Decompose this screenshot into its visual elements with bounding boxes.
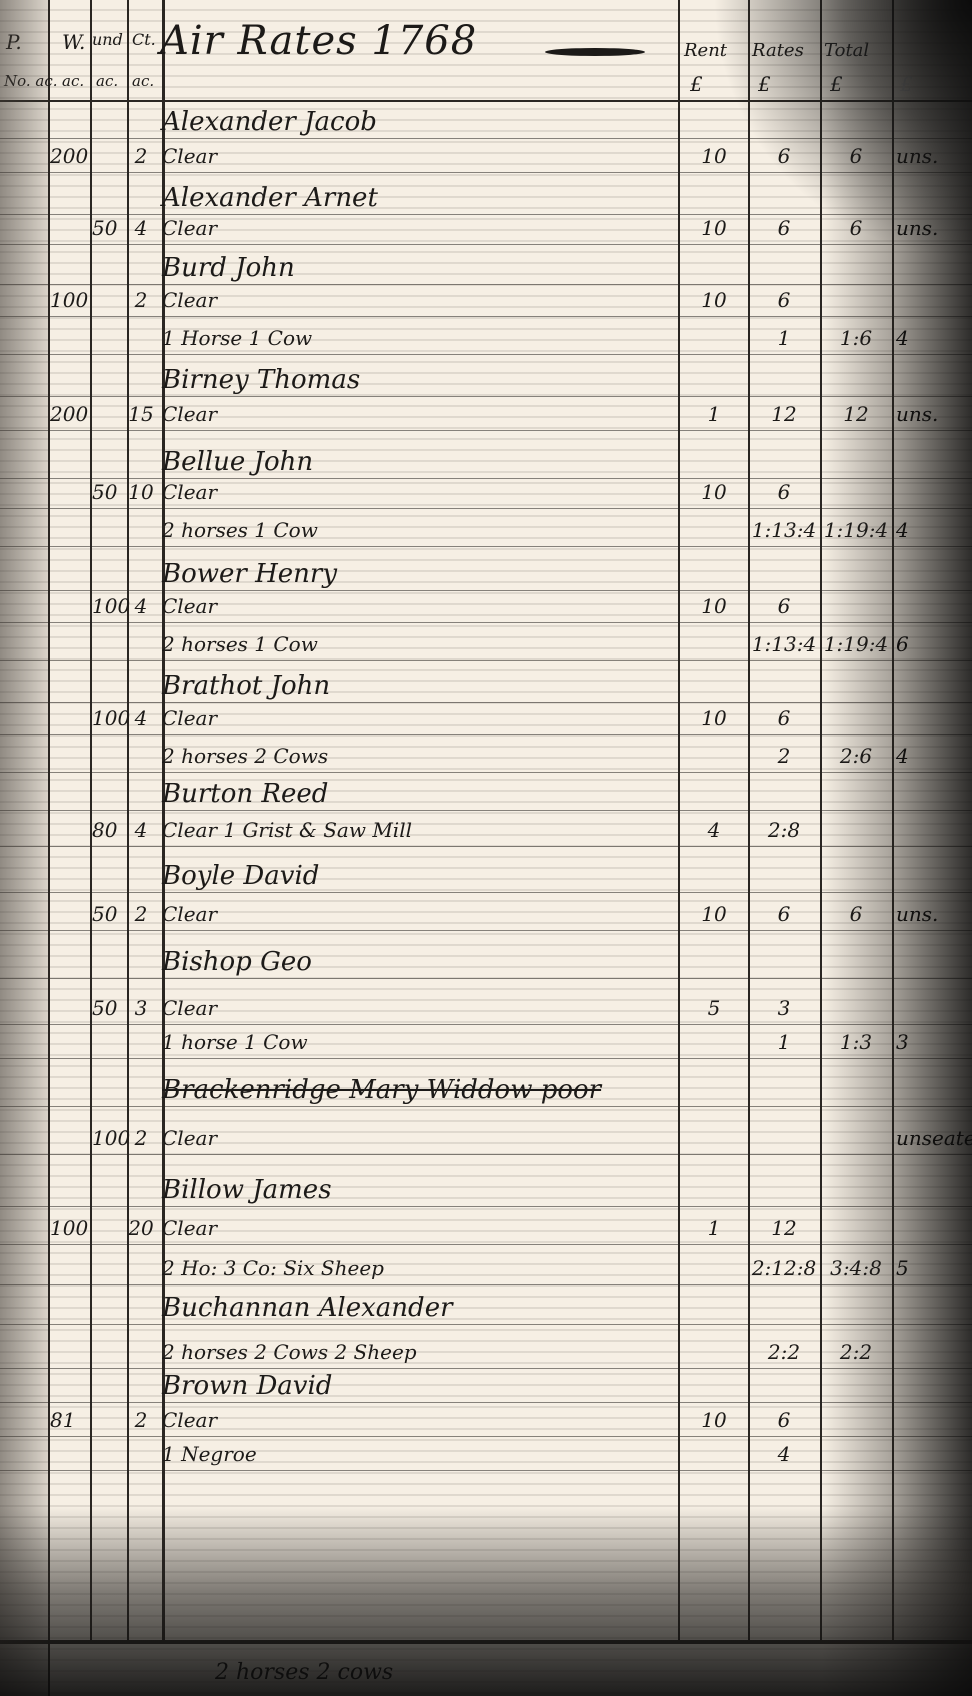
description-cell: Clear bbox=[162, 210, 682, 246]
uncleared-cell bbox=[126, 1436, 156, 1472]
description-cell: 2 Ho: 3 Co: Six Sheep bbox=[162, 1250, 682, 1286]
rate-cell: 6 bbox=[748, 1402, 820, 1438]
uncleared-cell bbox=[126, 626, 156, 662]
uncleared-cell: 4 bbox=[126, 812, 156, 848]
page-title: Air Rates 1768 bbox=[160, 18, 477, 64]
uncleared-cell: 4 bbox=[126, 700, 156, 736]
description-cell: Clear bbox=[162, 1402, 682, 1438]
rate-cell: 1:13:4 bbox=[748, 626, 820, 662]
uncleared-cell: 3 bbox=[126, 990, 156, 1026]
acreage-cell bbox=[50, 1250, 96, 1286]
uncleared-cell: 10 bbox=[126, 474, 156, 510]
woodland-cell: 50 bbox=[92, 474, 126, 510]
description-cell: Clear bbox=[162, 1120, 682, 1156]
rate-cell bbox=[748, 1120, 820, 1156]
woodland-cell: 50 bbox=[92, 896, 126, 932]
rent-cell bbox=[684, 320, 744, 356]
scan-shadow-corner bbox=[712, 0, 972, 260]
acreage-cell: 100 bbox=[50, 1210, 96, 1246]
rate-cell: 12 bbox=[748, 396, 820, 432]
rate-cell: 6 bbox=[748, 474, 820, 510]
acreage-cell: 200 bbox=[50, 138, 96, 174]
rent-cell: 5 bbox=[684, 990, 744, 1026]
uncleared-cell bbox=[126, 1334, 156, 1370]
woodland-cell: 50 bbox=[92, 990, 126, 1026]
woodland-cell bbox=[92, 1334, 126, 1370]
uncleared-cell: 2 bbox=[126, 282, 156, 318]
acreage-cell: 200 bbox=[50, 396, 96, 432]
scan-shadow-bottom bbox=[0, 1506, 972, 1696]
rent-cell bbox=[684, 1250, 744, 1286]
acreage-cell bbox=[50, 474, 96, 510]
rate-cell: 4 bbox=[748, 1436, 820, 1472]
description-cell: Clear bbox=[162, 588, 682, 624]
taxpayer-name: Bower Henry bbox=[162, 556, 682, 592]
taxpayer-name: Burton Reed bbox=[162, 776, 682, 812]
description-cell: Clear bbox=[162, 700, 682, 736]
rent-cell bbox=[684, 626, 744, 662]
woodland-cell bbox=[92, 282, 126, 318]
ledger-page: P. No. ac. W. ac. und ac. Ct. ac. Air Ra… bbox=[0, 0, 972, 1696]
rent-cell: 10 bbox=[684, 282, 744, 318]
uncleared-cell: 4 bbox=[126, 588, 156, 624]
acreage-cell bbox=[50, 588, 96, 624]
rate-cell: 12 bbox=[748, 1210, 820, 1246]
header-cleared-unit: ac. bbox=[132, 72, 154, 90]
acreage-cell bbox=[50, 1436, 96, 1472]
rent-cell: 4 bbox=[684, 812, 744, 848]
rent-cell bbox=[684, 1334, 744, 1370]
taxpayer-name: Boyle David bbox=[162, 858, 682, 894]
acreage-cell bbox=[50, 738, 96, 774]
taxpayer-name: Billow James bbox=[162, 1172, 682, 1208]
rate-cell: 1 bbox=[748, 320, 820, 356]
rate-cell: 2:2 bbox=[748, 1334, 820, 1370]
woodland-cell: 80 bbox=[92, 812, 126, 848]
acreage-cell bbox=[50, 1024, 96, 1060]
description-cell: Clear bbox=[162, 138, 682, 174]
rent-cell: 10 bbox=[684, 896, 744, 932]
rent-cell bbox=[684, 1436, 744, 1472]
rent-cell: 10 bbox=[684, 474, 744, 510]
acreage-cell bbox=[50, 626, 96, 662]
rent-cell bbox=[684, 1024, 744, 1060]
description-cell: Clear bbox=[162, 1210, 682, 1246]
rent-cell: 1 bbox=[684, 1210, 744, 1246]
woodland-cell bbox=[92, 738, 126, 774]
woodland-cell: 100 bbox=[92, 588, 126, 624]
acreage-cell: 100 bbox=[50, 282, 96, 318]
rate-cell: 6 bbox=[748, 588, 820, 624]
header-uncleared: und bbox=[92, 30, 123, 49]
rate-cell: 3 bbox=[748, 990, 820, 1026]
woodland-cell: 50 bbox=[92, 210, 126, 246]
uncleared-cell: 4 bbox=[126, 210, 156, 246]
woodland-cell bbox=[92, 1402, 126, 1438]
description-cell: 2 horses 2 Cows 2 Sheep bbox=[162, 1334, 682, 1370]
uncleared-cell bbox=[126, 320, 156, 356]
taxpayer-name: Buchannan Alexander bbox=[162, 1290, 682, 1326]
uncleared-cell bbox=[126, 1024, 156, 1060]
taxpayer-name: Brown David bbox=[162, 1368, 682, 1404]
header-woodland-unit: ac. bbox=[62, 72, 84, 90]
rate-cell: 6 bbox=[748, 896, 820, 932]
acreage-cell bbox=[50, 700, 96, 736]
woodland-cell bbox=[92, 626, 126, 662]
description-cell: 1 Horse 1 Cow bbox=[162, 320, 682, 356]
description-cell: 1 Negroe bbox=[162, 1436, 682, 1472]
description-cell: 2 horses 2 Cows bbox=[162, 738, 682, 774]
description-cell: Clear bbox=[162, 474, 682, 510]
woodland-cell: 100 bbox=[92, 1120, 126, 1156]
rate-cell: 6 bbox=[748, 282, 820, 318]
description-cell: 2 horses 1 Cow bbox=[162, 512, 682, 548]
uncleared-cell: 2 bbox=[126, 896, 156, 932]
acreage-cell bbox=[50, 1334, 96, 1370]
uncleared-cell: 2 bbox=[126, 1120, 156, 1156]
rate-cell: 1 bbox=[748, 1024, 820, 1060]
header-rent-unit: £ bbox=[690, 72, 703, 96]
rate-cell: 1:13:4 bbox=[748, 512, 820, 548]
acreage-cell bbox=[50, 320, 96, 356]
woodland-cell bbox=[92, 320, 126, 356]
woodland-cell: 100 bbox=[92, 700, 126, 736]
taxpayer-name: Brathot John bbox=[162, 668, 682, 704]
rent-cell: 10 bbox=[684, 588, 744, 624]
rate-cell: 2:8 bbox=[748, 812, 820, 848]
uncleared-cell: 2 bbox=[126, 138, 156, 174]
uncleared-cell bbox=[126, 512, 156, 548]
description-cell: 2 horses 1 Cow bbox=[162, 626, 682, 662]
description-cell: Clear bbox=[162, 990, 682, 1026]
rent-cell: 10 bbox=[684, 700, 744, 736]
description-cell: Clear bbox=[162, 282, 682, 318]
rate-cell: 2:12:8 bbox=[748, 1250, 820, 1286]
header-cleared: Ct. bbox=[132, 30, 156, 49]
scan-shadow-left bbox=[0, 0, 48, 1696]
taxpayer-name: Brackenridge Mary Widdow poor bbox=[162, 1072, 682, 1108]
woodland-cell bbox=[92, 138, 126, 174]
acreage-cell bbox=[50, 812, 96, 848]
rate-cell: 2 bbox=[748, 738, 820, 774]
taxpayer-name: Birney Thomas bbox=[162, 362, 682, 398]
rent-cell: 10 bbox=[684, 1402, 744, 1438]
taxpayer-name: Alexander Jacob bbox=[162, 104, 682, 140]
acreage-cell bbox=[50, 990, 96, 1026]
acreage-cell bbox=[50, 512, 96, 548]
uncleared-cell: 2 bbox=[126, 1402, 156, 1438]
rent-cell bbox=[684, 1120, 744, 1156]
woodland-cell bbox=[92, 1210, 126, 1246]
acreage-cell: 81 bbox=[50, 1402, 96, 1438]
woodland-cell bbox=[92, 1436, 126, 1472]
rent-cell bbox=[684, 512, 744, 548]
header-woodland: W. bbox=[62, 30, 85, 54]
woodland-cell bbox=[92, 1250, 126, 1286]
description-cell: Clear bbox=[162, 896, 682, 932]
acreage-cell bbox=[50, 210, 96, 246]
description-cell: 1 horse 1 Cow bbox=[162, 1024, 682, 1060]
woodland-cell bbox=[92, 1024, 126, 1060]
woodland-cell bbox=[92, 512, 126, 548]
taxpayer-name: Burd John bbox=[162, 250, 682, 286]
acreage-cell bbox=[50, 896, 96, 932]
rent-cell: 1 bbox=[684, 396, 744, 432]
title-flourish bbox=[545, 48, 645, 56]
rate-cell: 6 bbox=[748, 700, 820, 736]
uncleared-cell: 15 bbox=[126, 396, 156, 432]
description-cell: Clear 1 Grist & Saw Mill bbox=[162, 812, 682, 848]
taxpayer-name: Bishop Geo bbox=[162, 944, 682, 980]
uncleared-cell bbox=[126, 1250, 156, 1286]
woodland-cell bbox=[92, 396, 126, 432]
rent-cell bbox=[684, 738, 744, 774]
uncleared-cell bbox=[126, 738, 156, 774]
header-uncleared-unit: ac. bbox=[96, 72, 118, 90]
uncleared-cell: 20 bbox=[126, 1210, 156, 1246]
acreage-cell bbox=[50, 1120, 96, 1156]
description-cell: Clear bbox=[162, 396, 682, 432]
